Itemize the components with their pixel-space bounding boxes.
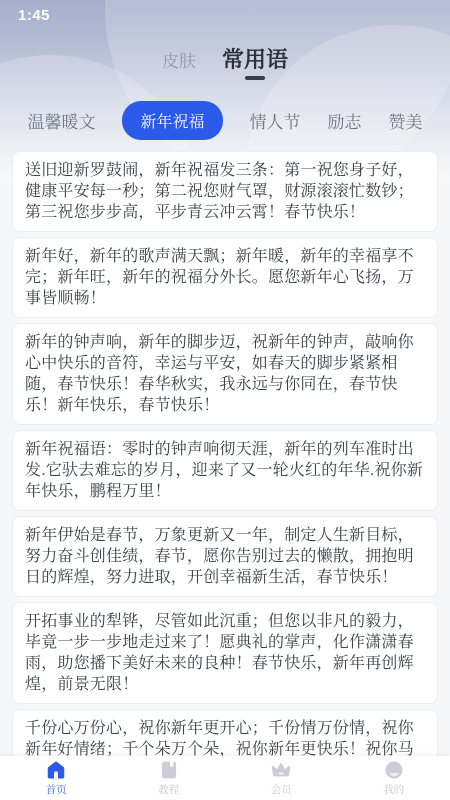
nav-membership-label: 会员: [271, 782, 292, 797]
tab-common-phrases[interactable]: 常用语: [222, 43, 288, 74]
nav-profile-label: 我的: [383, 782, 404, 797]
category-tab-praise[interactable]: 赞美: [389, 108, 423, 133]
category-tab-inspiration[interactable]: 励志: [328, 108, 362, 133]
phrase-card[interactable]: 新年的钟声响，新年的脚步迈，祝新年的钟声，敲响你心中快乐的音符，幸运与平安，如春…: [12, 323, 438, 425]
category-tab-valentine[interactable]: 情人节: [250, 108, 301, 133]
nav-tutorial[interactable]: 教程: [129, 759, 209, 797]
book-icon: [158, 759, 180, 781]
phrase-card[interactable]: 新年伊始是春节，万象更新又一年，制定人生新目标，努力奋斗创佳绩，春节，愿你告别过…: [12, 516, 438, 597]
crown-icon: [270, 759, 292, 781]
tab-skin[interactable]: 皮肤: [162, 47, 196, 72]
bottom-nav: 首页 教程 会员 我的: [0, 756, 450, 800]
tab-common-phrases-label: 常用语: [222, 47, 288, 72]
phrase-card[interactable]: 送旧迎新罗鼓闹，新年祝福发三条：第一祝您身子好，健康平安每一秒；第二祝您财气罩，…: [12, 151, 438, 232]
phrase-text: 新年好，新年的歌声满天飘；新年暖，新年的幸福享不完；新年旺，新年的祝福分外长。愿…: [25, 246, 425, 309]
phrase-text: 新年祝福语：零时的钟声响彻天涯，新年的列车准时出发.它驮去难忘的岁月，迎来了又一…: [25, 439, 425, 502]
category-tab-warm-text[interactable]: 温馨暖文: [27, 108, 95, 133]
nav-home-label: 首页: [46, 782, 67, 797]
app-screen: 1:45 皮肤 常用语 温馨暖文 新年祝福 情人节 励志 赞美 送旧迎新罗鼓闹，…: [0, 0, 450, 800]
nav-membership[interactable]: 会员: [241, 759, 321, 797]
phrase-text: 送旧迎新罗鼓闹，新年祝福发三条：第一祝您身子好，健康平安每一秒；第二祝您财气罩，…: [25, 160, 425, 223]
status-bar: 1:45: [0, 0, 450, 30]
home-icon: [45, 759, 67, 781]
active-tab-indicator: [245, 76, 265, 80]
phrase-card[interactable]: 开拓事业的犁铧，尽管如此沉重；但您以非凡的毅力，毕竟一步一步地走过来了！愿典礼的…: [12, 602, 438, 704]
category-tab-new-year-wishes[interactable]: 新年祝福: [122, 101, 222, 140]
nav-tutorial-label: 教程: [158, 782, 179, 797]
phrase-text: 新年伊始是春节，万象更新又一年，制定人生新目标，努力奋斗创佳绩，春节，愿你告别过…: [25, 525, 425, 588]
phrase-text: 新年的钟声响，新年的脚步迈，祝新年的钟声，敲响你心中快乐的音符，幸运与平安，如春…: [25, 332, 425, 416]
header-tabs: 皮肤 常用语: [0, 43, 450, 81]
phrase-text: 开拓事业的犁铧，尽管如此沉重；但您以非凡的毅力，毕竟一步一步地走过来了！愿典礼的…: [25, 611, 425, 695]
phrase-card[interactable]: 新年祝福语：零时的钟声响彻天涯，新年的列车准时出发.它驮去难忘的岁月，迎来了又一…: [12, 430, 438, 511]
phrase-list: 送旧迎新罗鼓闹，新年祝福发三条：第一祝您身子好，健康平安每一秒；第二祝您财气罩，…: [0, 151, 450, 790]
person-icon: [383, 759, 405, 781]
status-time: 1:45: [18, 7, 50, 24]
nav-profile[interactable]: 我的: [354, 759, 434, 797]
phrase-card[interactable]: 新年好，新年的歌声满天飘；新年暖，新年的幸福享不完；新年旺，新年的祝福分外长。愿…: [12, 237, 438, 318]
category-tabs: 温馨暖文 新年祝福 情人节 励志 赞美: [0, 102, 450, 138]
tab-skin-label: 皮肤: [162, 52, 196, 71]
nav-home[interactable]: 首页: [16, 759, 96, 797]
